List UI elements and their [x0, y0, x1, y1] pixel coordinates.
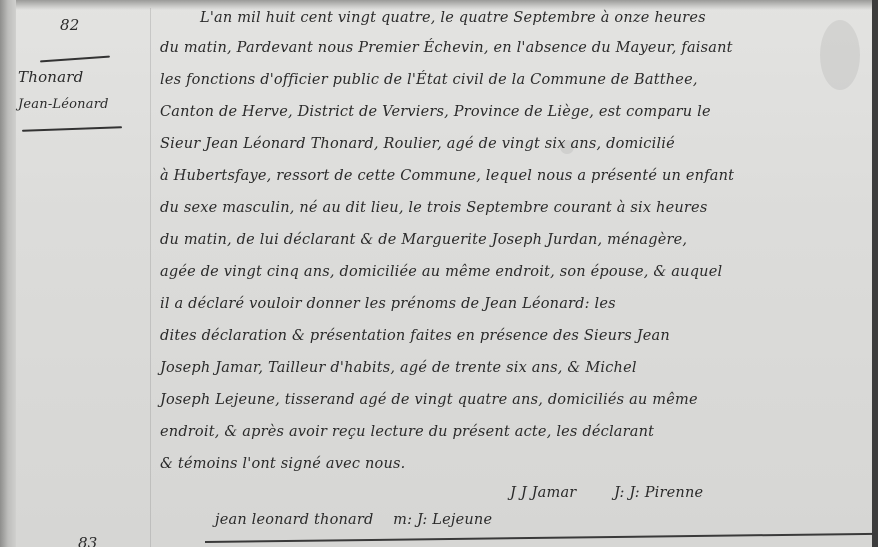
- signature-pirenne: J: J: Pirenne: [614, 485, 703, 501]
- page-top-edge: [0, 0, 878, 10]
- record-line: les fonctions d'officier public de l'Éta…: [160, 72, 698, 88]
- entry-number: 82: [60, 16, 80, 34]
- margin-flourish: [40, 56, 110, 63]
- record-end-rule: [205, 533, 875, 543]
- record-line: dites déclaration & présentation faites …: [160, 328, 670, 344]
- signature-lejeune: m: J: Lejeune: [393, 512, 492, 528]
- signature-row: jean leonard thonard m: J: Lejeune: [215, 512, 492, 528]
- record-line: du sexe masculin, né au dit lieu, le tro…: [160, 200, 707, 216]
- signature-row: J J Jamar J: J: Pirenne: [510, 485, 703, 501]
- signature-thonard: jean leonard thonard: [215, 512, 374, 528]
- margin-given-names: Jean-Léonard: [18, 97, 109, 112]
- margin-surname: Thonard: [18, 68, 83, 86]
- registry-page: 82 Thonard Jean-Léonard L'an mil huit ce…: [0, 0, 878, 547]
- record-line: Canton de Herve, District de Verviers, P…: [160, 104, 711, 120]
- record-line: Joseph Lejeune, tisserand agé de vingt q…: [160, 392, 698, 408]
- record-line: Sieur Jean Léonard Thonard, Roulier, agé…: [160, 136, 675, 152]
- record-line: agée de vingt cinq ans, domiciliée au mê…: [160, 264, 722, 280]
- next-entry-number: 83: [78, 534, 98, 547]
- signature-jamar: J J Jamar: [510, 485, 576, 501]
- margin-rule: [150, 8, 151, 547]
- record-line: il a déclaré vouloir donner les prénoms …: [160, 296, 616, 312]
- margin-flourish: [22, 126, 122, 131]
- record-line: du matin, de lui déclarant & de Margueri…: [160, 232, 687, 248]
- record-line: endroit, & après avoir reçu lecture du p…: [160, 424, 654, 440]
- record-line: & témoins l'ont signé avec nous.: [160, 456, 405, 472]
- record-line: du matin, Pardevant nous Premier Échevin…: [160, 40, 733, 56]
- book-binding-edge: [0, 0, 16, 547]
- record-line: à Hubertsfaye, ressort de cette Commune,…: [160, 168, 734, 184]
- record-line: Joseph Jamar, Tailleur d'habits, agé de …: [160, 360, 637, 376]
- record-line: L'an mil huit cent vingt quatre, le quat…: [200, 10, 706, 26]
- paper-stain: [820, 20, 860, 90]
- page-right-edge: [872, 0, 878, 547]
